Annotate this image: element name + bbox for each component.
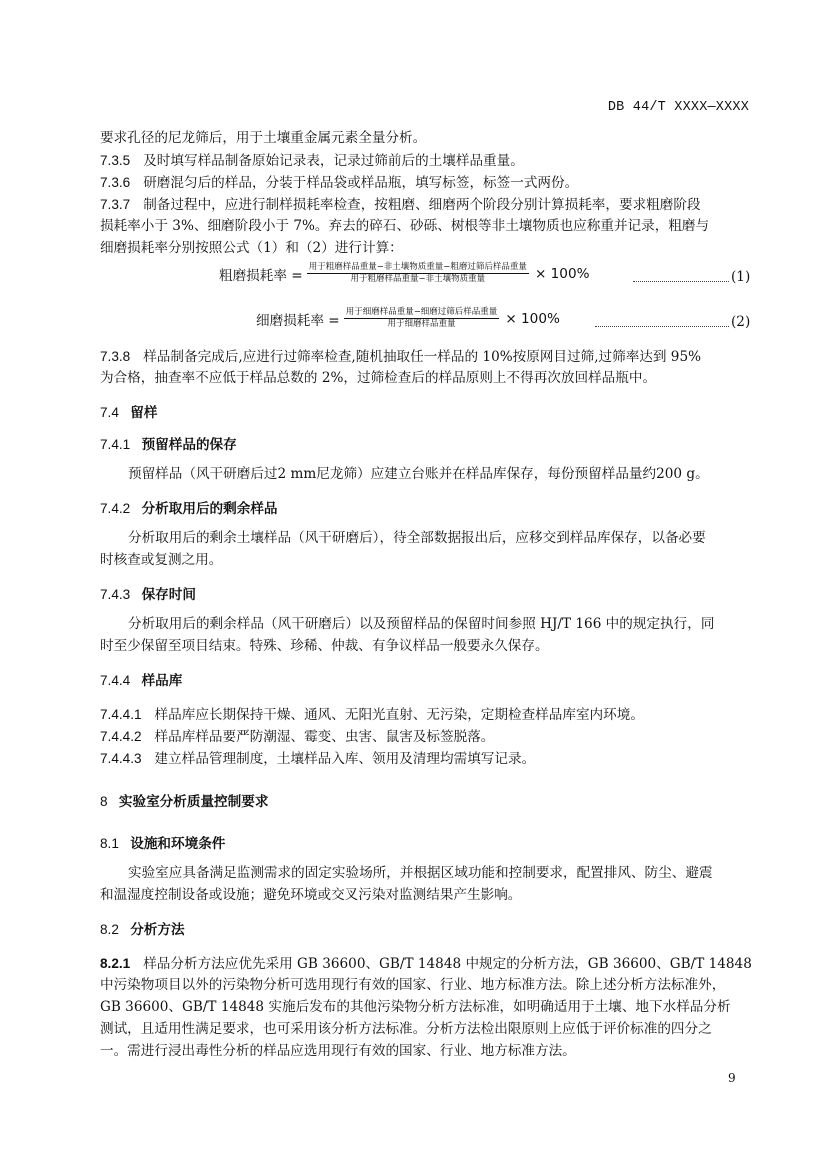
- formula-coarse-grinding-loss: 粗磨损耗率 = 用于粗磨样品重量−非土壤物质重量−粗磨过筛后样品重量 用于粗磨样…: [219, 262, 590, 285]
- paragraph-line: 分析取用后的剩余土壤样品（风干研磨后），待全部数据报出后，应移交到样品库保存，以…: [100, 530, 780, 547]
- document-page: DB 44/T XXXX—XXXX 要求孔径的尼龙筛后，用于土壤重金属元素全量分…: [0, 0, 826, 1169]
- clause-7-4-4-1: 7.4.4.1 样品库应长期保持干燥、通风、无阳光直射、无污染，定期检查样品库室…: [100, 706, 752, 724]
- paragraph-line: 为合格，抽查率不应低于样品总数的 2%，过筛检查后的样品原则上不得再次放回样品瓶…: [100, 370, 752, 387]
- paragraph-line: 要求孔径的尼龙筛后，用于土壤重金属元素全量分析。: [100, 130, 752, 147]
- leader-dots: [595, 326, 729, 327]
- paragraph-line: GB 36600、GB/T 14848 实施后发布的其他污染物分析方法标准，如明…: [100, 999, 752, 1016]
- clause-7-3-6: 7.3.6 研磨混匀后的样品，分装于样品袋或样品瓶，填写标签，标签一式两份。: [100, 174, 752, 192]
- paragraph-line: 预留样品（风干研磨后过2 mm尼龙筛）应建立台账并在样品库保存，每份预留样品量约…: [100, 466, 780, 483]
- paragraph-line: 细磨损耗率分别按照公式（1）和（2）进行计算：: [100, 240, 752, 257]
- section-heading-8-1: 8.1 设施和环境条件: [100, 835, 752, 852]
- paragraph-line: 分析取用后的剩余样品（风干研磨后）以及预留样品的保留时间参照 HJ/T 166 …: [100, 616, 780, 633]
- paragraph-line: 中污染物项目以外的污染物分析可选用现行有效的国家、行业、地方标准方法。除上述分析…: [100, 977, 752, 994]
- paragraph-line: 时核查或复测之用。: [100, 552, 752, 569]
- fraction: 用于细磨样品重量−细磨过筛后样品重量 用于细磨样品重量: [344, 307, 500, 330]
- formula-fine-grinding-loss: 细磨损耗率 = 用于细磨样品重量−细磨过筛后样品重量 用于细磨样品重量 × 10…: [256, 307, 560, 330]
- standard-code-header: DB 44/T XXXX—XXXX: [608, 100, 749, 115]
- section-heading-7-4-2: 7.4.2 分析取用后的剩余样品: [100, 500, 752, 517]
- clause-7-4-4-2: 7.4.4.2 样品库样品要严防潮湿、霉变、虫害、鼠害及标签脱落。: [100, 728, 752, 746]
- fraction: 用于粗磨样品重量−非土壤物质重量−粗磨过筛后样品重量 用于粗磨样品重量−非土壤物…: [307, 262, 529, 285]
- clause-7-4-4-3: 7.4.4.3 建立样品管理制度，土壤样品入库、领用及清理均需填写记录。: [100, 750, 752, 768]
- clause-7-3-5: 7.3.5 及时填写样品制备原始记录表，记录过筛前后的土壤样品重量。: [100, 152, 752, 170]
- equation-number: (2): [731, 314, 750, 330]
- section-heading-7-4-4: 7.4.4 样品库: [100, 672, 752, 689]
- paragraph-line: 一。需进行浸出毒性分析的样品应选用现行有效的国家、行业、地方标准方法。: [100, 1043, 752, 1060]
- section-heading-8: 8 实验室分析质量控制要求: [100, 793, 752, 810]
- section-heading-7-4-3: 7.4.3 保存时间: [100, 586, 752, 603]
- clause-7-3-7: 7.3.7 制备过程中，应进行制样损耗率检查，按粗磨、细磨两个阶段分别计算损耗率…: [100, 196, 752, 214]
- page-number: 9: [728, 1071, 736, 1085]
- paragraph-line: 实验室应具备满足监测需求的固定实验场所，并根据区域功能和控制要求，配置排风、防尘…: [100, 865, 780, 882]
- paragraph-line: 测试，且适用性满足要求，也可采用该分析方法标准。分析方法检出限原则上应低于评价标…: [100, 1021, 752, 1038]
- leader-dots: [633, 281, 729, 282]
- section-heading-7-4-1: 7.4.1 预留样品的保存: [100, 436, 752, 453]
- paragraph-line: 和温湿度控制设备或设施；避免环境或交叉污染对监测结果产生影响。: [100, 887, 752, 904]
- equation-number: (1): [731, 269, 750, 285]
- section-heading-8-2: 8.2 分析方法: [100, 921, 752, 938]
- paragraph-line: 时至少保留至项目结束。特殊、珍稀、仲裁、有争议样品一般要永久保存。: [100, 638, 752, 655]
- paragraph-line: 损耗率小于 3%、细磨阶段小于 7%。弃去的碎石、砂砾、树根等非土壤物质也应称重…: [100, 218, 752, 235]
- clause-8-2-1: 8.2.1 样品分析方法应优先采用 GB 36600、GB/T 14848 中规…: [100, 955, 752, 973]
- section-heading-7-4: 7.4 留样: [100, 404, 752, 421]
- clause-7-3-8: 7.3.8 样品制备完成后,应进行过筛率检查,随机抽取任一样品的 10%按原网目…: [100, 348, 752, 366]
